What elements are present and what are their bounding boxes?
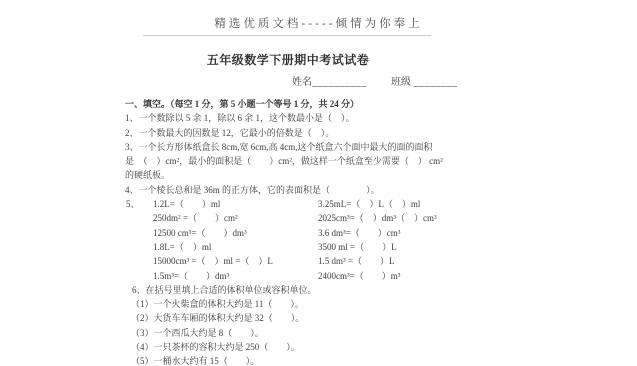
question-5-row: 5、 1.2L=（ ）ml 3.25mL=（ ）L（ ）ml: [125, 197, 595, 211]
question-5-number: 5、: [126, 197, 140, 211]
section-heading: 一、填空。（每空 1 分，第 5 小题一个等号 1 分，共 24 分）: [125, 97, 595, 111]
class-blank-line: ________: [414, 77, 458, 88]
conversion-left: 250dm² =（ ）cm²: [153, 213, 238, 223]
conversion-right: 3.25mL=（ ）L（ ）ml: [318, 197, 420, 211]
question-6-item: （5）一桶水大约有 15（ ）。: [131, 354, 595, 366]
question-2: 2、一个数最大的因数是 12，它最小的倍数是（ ）。: [125, 126, 595, 140]
conversion-left: 12500 cm³=（ ）dm³: [153, 228, 247, 238]
conversion-left: 1.2L=（ ）ml: [153, 199, 220, 209]
fill-in-section: 一、填空。（每空 1 分，第 5 小题一个等号 1 分，共 24 分） 1、一个…: [125, 97, 595, 366]
conversion-right: 3.6 dm³=（ ）cm³: [318, 226, 400, 240]
conversion-left: 15000cm³ =（ ）ml =（ ）L: [153, 256, 273, 266]
conversion-right: 2400cm³=（ ）m³: [318, 269, 400, 283]
conversion-right: 2025cm³=（ ）dm³（ ）cm³: [318, 211, 437, 225]
question-3-line2: 是 （ ）cm²，最小的面积是（ ）cm²，做这样一个纸盒至少需要（ ） cm²: [125, 154, 595, 168]
question-3-line1: 3、一个长方形体纸盒长 8cm,宽 6cm,高 4cm,这个纸盒六个面中最大的面…: [125, 140, 595, 154]
question-1: 1、一个数除以 5 余 1，除以 6 余 1，这个数最小是（ ）。: [125, 111, 595, 125]
conversion-left: 1.8L=（ ）ml: [153, 242, 211, 252]
question-6-item: （2）大货车车厢的体积大约是 32（ ）。: [131, 311, 595, 325]
question-5-row: 250dm² =（ ）cm² 2025cm³=（ ）dm³（ ）cm³: [125, 211, 595, 225]
conversion-right: 1.5 dm³ =（ ）L: [318, 254, 395, 268]
question-5-row: 1.5m³=（ ）dm³ 2400cm³=（ ）m³: [125, 269, 595, 283]
question-5-row: 15000cm³ =（ ）ml =（ ）L 1.5 dm³ =（ ）L: [125, 254, 595, 268]
question-5-row: 1.8L=（ ）ml 3500 ml =（ ）L: [125, 240, 595, 254]
question-6-heading: 6、在括号里填上合适的体积单位或容积单位。: [132, 283, 595, 297]
question-6-item: （1）一个火柴盒的体积大约是 11（ ）。: [131, 297, 595, 311]
name-blank-line: __________: [312, 77, 367, 88]
question-4: 4、一个棱长总和是 36m 的正方体，它的表面积是（ ）。: [125, 183, 595, 197]
class-label: 班级: [391, 77, 411, 88]
header-rule: [143, 35, 431, 36]
name-label: 姓名: [292, 77, 312, 88]
question-5-row: 12500 cm³=（ ）dm³ 3.6 dm³=（ ）cm³: [125, 226, 595, 240]
header-watermark: 精选优质文档-----倾情为你奉上: [0, 15, 637, 31]
document-page: 精选优质文档-----倾情为你奉上 五年级数学下册期中考试试卷 姓名______…: [0, 0, 637, 366]
question-6-item: （3）一个西瓜大约是 8（ ）。: [131, 326, 595, 340]
conversion-right: 3500 ml =（ ）L: [318, 240, 397, 254]
question-3-line3: 的硬纸板。: [125, 168, 595, 182]
conversion-left: 1.5m³=（ ）dm³: [153, 271, 229, 281]
exam-title: 五年级数学下册期中考试试卷: [0, 51, 576, 68]
question-6-item: （4）一只茶杯的容积大约是 250（ ）。: [131, 340, 595, 354]
student-info-line: 姓名__________班级 ________: [292, 73, 458, 88]
